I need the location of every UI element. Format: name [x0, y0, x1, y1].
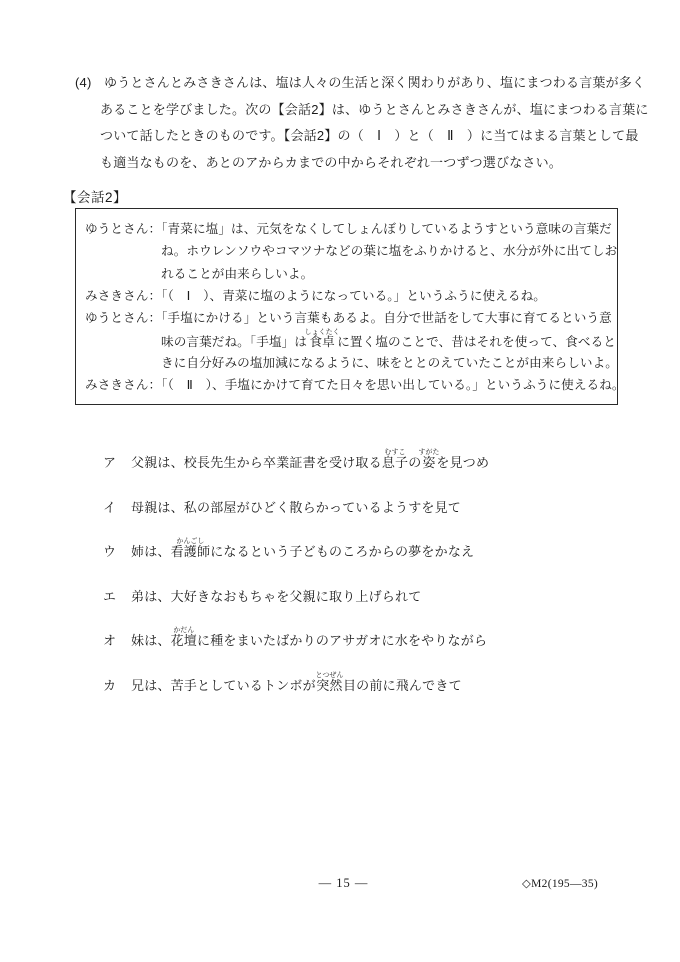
intro-line: も適当なものを、あとのアからカまでの中からそれぞれ一つずつ選びなさい。	[100, 150, 618, 177]
question-number: (4)	[75, 70, 104, 97]
option-イ: イ母親は、私の部屋がひどく散らかっているようすを見て	[103, 490, 618, 516]
option-text: 母親は、私の部屋がひどく散らかっているようすを見て	[131, 497, 461, 516]
option-エ: エ弟は、大好きなおもちゃを父親に取り上げられて	[103, 579, 618, 605]
page-footer: — 15 — ◇M2(195—35)	[75, 876, 620, 896]
exam-page: (4)ゆうとさんとみさきさんは、塩は人々の生活と深く関わりがあり、塩にまつわる言…	[0, 0, 680, 962]
options-list: ア父親は、校長先生から卒業証書を受け取る息子むすこの姿すがたを見つめイ母親は、私…	[75, 445, 618, 694]
option-letter: ア	[103, 452, 117, 471]
intro-line: あることを学びました。次の【会話2】は、ゆうとさんとみさきさんが、塩にまつわる言…	[100, 97, 618, 124]
question-intro: (4)ゆうとさんとみさきさんは、塩は人々の生活と深く関わりがあり、塩にまつわる言…	[75, 70, 618, 176]
dialog-box: ゆうとさん：「青菜に塩」は、元気をなくしてしょんぼりしているようすという意味の言…	[75, 208, 618, 405]
option-letter: イ	[103, 497, 117, 516]
dialog-line: ゆうとさん：「手塩にかける」という言葉もあるよ。自分で世話をして大事に育てるとい…	[85, 307, 610, 329]
dialog-line: ゆうとさん：「青菜に塩」は、元気をなくしてしょんぼりしているようすという意味の言…	[85, 218, 610, 240]
dialog-line: みさきさん：「（ Ⅰ ）、青菜に塩のようになっている。」というふうに使えるね。	[85, 285, 610, 307]
option-ウ: ウ姉は、看護師かんごしになるという子どものころからの夢をかなえ	[103, 534, 618, 560]
option-letter: ウ	[103, 541, 117, 560]
option-ア: ア父親は、校長先生から卒業証書を受け取る息子むすこの姿すがたを見つめ	[103, 445, 618, 471]
intro-line: ついて話したときのものです。【会話2】の（ Ⅰ ）と（ Ⅱ ）に当てはまる言葉と…	[100, 123, 618, 150]
option-カ: カ兄は、苦手としているトンボが突然とつぜん目の前に飛んできて	[103, 668, 618, 694]
option-text: 父親は、校長先生から卒業証書を受け取る息子むすこの姿すがたを見つめ	[131, 449, 489, 471]
dialog-line: みさきさん：「（ Ⅱ ）、手塩にかけて育てた日々を思い出している。」というふうに…	[85, 374, 610, 396]
option-letter: オ	[103, 630, 117, 649]
option-text: 弟は、大好きなおもちゃを父親に取り上げられて	[131, 586, 421, 605]
dialog-line: れることが由来らしいよ。	[85, 263, 610, 285]
option-text: 妹は、花壇かだんに種をまいたばかりのアサガオに水をやりながら	[131, 627, 487, 649]
option-text: 姉は、看護師かんごしになるという子どものころからの夢をかなえ	[131, 538, 474, 560]
option-text: 兄は、苦手としているトンボが突然とつぜん目の前に飛んできて	[131, 672, 462, 694]
intro-line: (4)ゆうとさんとみさきさんは、塩は人々の生活と深く関わりがあり、塩にまつわる言…	[75, 70, 618, 97]
dialog-label: 【会話2】	[63, 186, 618, 206]
option-letter: カ	[103, 675, 117, 694]
dialog-line: 味の言葉だね。「手塩」は食卓しょくたくに置く塩のことで、昔はそれを使って、食べる…	[85, 329, 610, 351]
doc-code: ◇M2(195—35)	[522, 876, 598, 890]
option-letter: エ	[103, 586, 117, 605]
page-number: — 15 —	[319, 876, 369, 891]
option-オ: オ妹は、花壇かだんに種をまいたばかりのアサガオに水をやりながら	[103, 623, 618, 649]
dialog-line: ね。ホウレンソウやコマツナなどの葉に塩をふりかけると、水分が外に出てしお	[85, 240, 610, 262]
dialog-line: きに自分好みの塩加減になるように、味をととのえていたことが由来らしいよ。	[85, 352, 610, 374]
